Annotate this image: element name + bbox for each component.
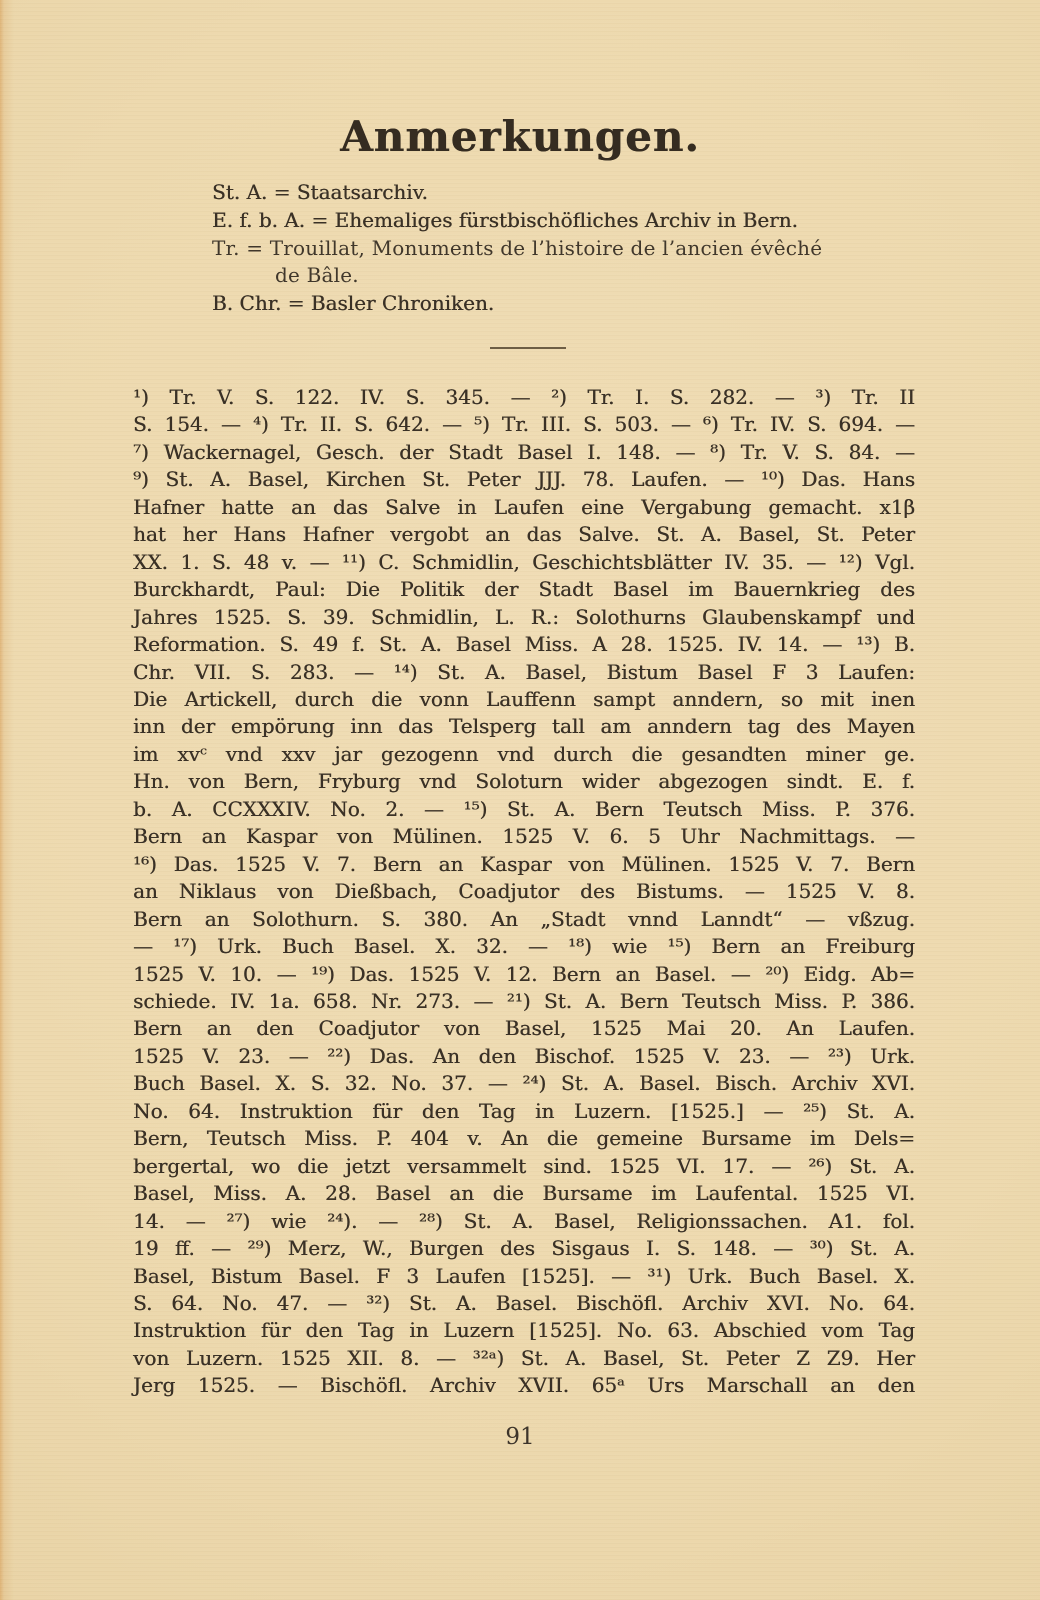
note-line: Buch Basel. X. S. 32. No. 37. — ²⁴) St. …: [133, 1070, 915, 1097]
note-line: Basel, Miss. A. 28. Basel an die Bursame…: [133, 1180, 915, 1207]
note-line: schiede. IV. 1a. 658. Nr. 273. — ²¹) St.…: [133, 988, 915, 1015]
note-line: an Niklaus von Dießbach, Coadjutor des B…: [133, 878, 915, 905]
abbreviation-text: Tr. = Trouillat, Monuments de l’histoire…: [212, 236, 822, 260]
note-line: Jahres 1525. S. 39. Schmidlin, L. R.: So…: [133, 604, 915, 631]
note-line: von Luzern. 1525 XII. 8. — ³²ᵃ) St. A. B…: [133, 1345, 915, 1372]
note-line: Jerg 1525. — Bischöfl. Archiv XVII. 65ᵃ …: [133, 1372, 915, 1399]
page-title: Anmerkungen.: [0, 112, 1040, 161]
footnotes-text-block: ¹) Tr. V. S. 122. IV. S. 345. — ²) Tr. I…: [133, 384, 915, 1400]
section-divider-rule: [490, 347, 566, 349]
note-line: Burckhardt, Paul: Die Politik der Stadt …: [133, 576, 915, 603]
note-line: ⁹) St. A. Basel, Kirchen St. Peter JJJ. …: [133, 466, 915, 493]
note-line: Bern an Kaspar von Mülinen. 1525 V. 6. 5…: [133, 823, 915, 850]
book-page: Anmerkungen. St. A. = Staatsarchiv. E. f…: [0, 0, 1040, 1600]
note-line: b. A. CCXXXIV. No. 2. — ¹⁵) St. A. Bern …: [133, 796, 915, 823]
abbreviation-text: E. f. b. A. = Ehemaliges fürstbischöflic…: [212, 208, 798, 232]
note-line: ¹⁶) Das. 1525 V. 7. Bern an Kaspar von M…: [133, 851, 915, 878]
abbreviation-row: St. A. = Staatsarchiv.: [212, 179, 928, 207]
note-line: bergertal, wo die jetzt versammelt sind.…: [133, 1153, 915, 1180]
abbreviation-row: E. f. b. A. = Ehemaliges fürstbischöflic…: [212, 207, 928, 235]
note-line: Hafner hatte an das Salve in Laufen eine…: [133, 494, 915, 521]
note-line: im xvᶜ vnd xxv jar gezogenn vnd durch di…: [133, 741, 915, 768]
abbreviation-text: St. A. = Staatsarchiv.: [212, 180, 428, 204]
abbreviation-row: B. Chr. = Basler Chroniken.: [212, 290, 928, 318]
note-line: S. 64. No. 47. — ³²) St. A. Basel. Bisch…: [133, 1290, 915, 1317]
abbreviation-row: Tr. = Trouillat, Monuments de l’histoire…: [212, 235, 928, 291]
note-line: Bern an den Coadjutor von Basel, 1525 Ma…: [133, 1015, 915, 1042]
page-number: 91: [0, 1424, 1040, 1450]
note-line: 19 ff. — ²⁹) Merz, W., Burgen des Sisgau…: [133, 1235, 915, 1262]
note-line: Die Artickell, durch die vonn Lauffenn s…: [133, 686, 915, 713]
note-line: Chr. VII. S. 283. — ¹⁴) St. A. Basel, Bi…: [133, 659, 915, 686]
note-line: Bern, Teutsch Miss. P. 404 v. An die gem…: [133, 1125, 915, 1152]
note-line: ⁷) Wackernagel, Gesch. der Stadt Basel I…: [133, 439, 915, 466]
abbreviation-continuation: de Bâle.: [212, 262, 928, 290]
note-line: hat her Hans Hafner vergobt an das Salve…: [133, 521, 915, 548]
note-line: Hn. von Bern, Fryburg vnd Soloturn wider…: [133, 768, 915, 795]
note-line: — ¹⁷) Urk. Buch Basel. X. 32. — ¹⁸) wie …: [133, 933, 915, 960]
note-line: Bern an Solothurn. S. 380. An „Stadt vnn…: [133, 906, 915, 933]
note-line: Instruktion für den Tag in Luzern [1525]…: [133, 1317, 915, 1344]
note-line: 1525 V. 23. — ²²) Das. An den Bischof. 1…: [133, 1043, 915, 1070]
note-line: S. 154. — ⁴) Tr. II. S. 642. — ⁵) Tr. II…: [133, 411, 915, 438]
abbreviation-list: St. A. = Staatsarchiv. E. f. b. A. = Ehe…: [212, 179, 928, 318]
note-line: No. 64. Instruktion für den Tag in Luzer…: [133, 1098, 915, 1125]
note-line: 14. — ²⁷) wie ²⁴). — ²⁸) St. A. Basel, R…: [133, 1208, 915, 1235]
abbreviation-text: B. Chr. = Basler Chroniken.: [212, 291, 494, 315]
note-line: Basel, Bistum Basel. F 3 Laufen [1525]. …: [133, 1263, 915, 1290]
note-line: XX. 1. S. 48 v. — ¹¹) C. Schmidlin, Gesc…: [133, 549, 915, 576]
note-line: Reformation. S. 49 f. St. A. Basel Miss.…: [133, 631, 915, 658]
note-line: 1525 V. 10. — ¹⁹) Das. 1525 V. 12. Bern …: [133, 961, 915, 988]
note-line: ¹) Tr. V. S. 122. IV. S. 345. — ²) Tr. I…: [133, 384, 915, 411]
note-line: inn der empörung inn das Telsperg tall a…: [133, 713, 915, 740]
